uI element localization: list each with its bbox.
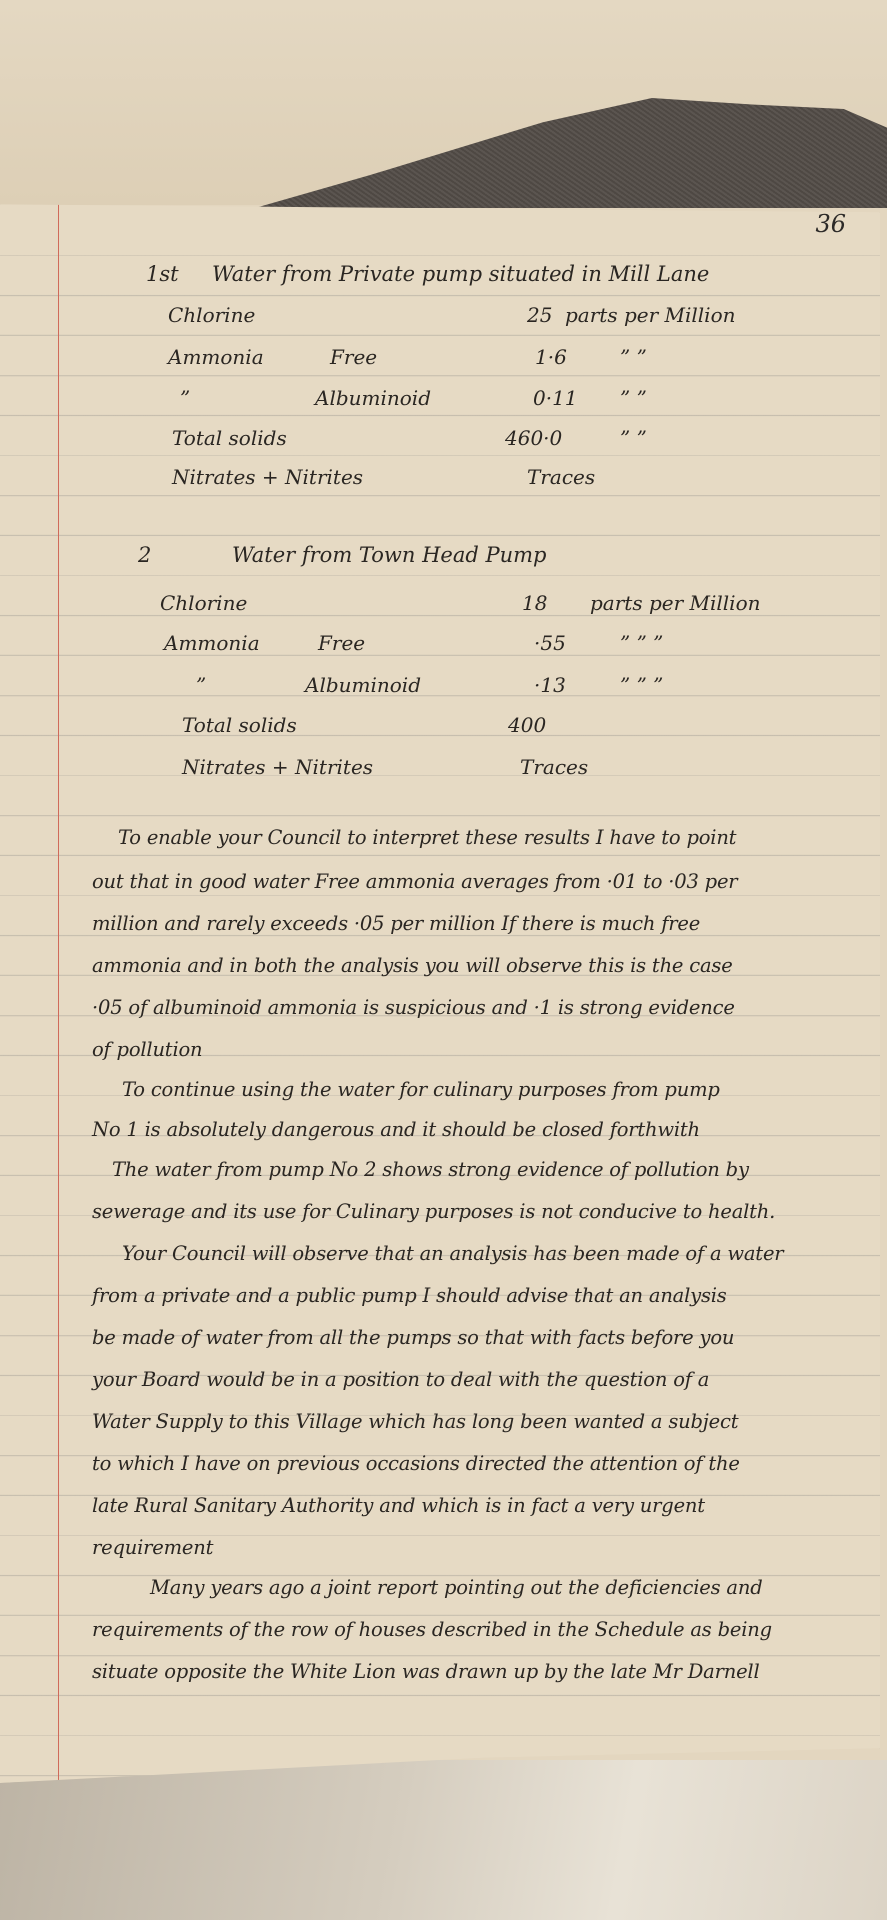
- a2-row-albuminoid-ditto: ”: [196, 673, 206, 697]
- body-line: from a private and a public pump I shoul…: [92, 1284, 727, 1307]
- a2-row-ammonia-sub: Free: [318, 631, 365, 655]
- body-line: The water from pump No 2 shows strong ev…: [112, 1158, 749, 1181]
- a2-row-ammonia-label: Ammonia: [164, 631, 260, 655]
- a2-row-chlorine-label: Chlorine: [160, 591, 247, 615]
- a1-row-ammonia-label: Ammonia: [168, 345, 264, 369]
- analysis-1-number: 1st: [146, 262, 179, 286]
- body-line: Your Council will observe that an analys…: [122, 1242, 783, 1265]
- body-line: ammonia and in both the analysis you wil…: [92, 954, 733, 977]
- a2-row-chlorine-unit: parts per Million: [590, 591, 761, 615]
- a1-row-nitrates-value: Traces: [527, 465, 595, 489]
- body-line: sewerage and its use for Culinary purpos…: [92, 1200, 775, 1223]
- body-line: To continue using the water for culinary…: [122, 1078, 720, 1101]
- a1-row-albuminoid-ditto: ”: [180, 386, 190, 410]
- a2-row-chlorine-value: 18: [522, 591, 547, 615]
- body-line: No 1 is absolutely dangerous and it shou…: [92, 1118, 700, 1141]
- a1-row-chlorine-label: Chlorine: [168, 303, 255, 327]
- body-line: million and rarely exceeds ·05 per milli…: [92, 912, 700, 935]
- a2-row-solids-label: Total solids: [182, 713, 297, 737]
- body-line: Many years ago a joint report pointing o…: [150, 1576, 763, 1599]
- a1-row-albuminoid-unit: ” ”: [620, 386, 647, 410]
- a2-row-ammonia-unit: ” ” ”: [620, 631, 663, 655]
- notebook-page: 36 1st Water from Private pump situated …: [0, 198, 880, 1783]
- a1-row-chlorine-unit: parts per Million: [565, 303, 736, 327]
- analysis-2-heading: Water from Town Head Pump: [232, 543, 547, 567]
- body-line: of pollution: [92, 1038, 202, 1061]
- body-line: out that in good water Free ammonia aver…: [92, 870, 737, 893]
- a2-row-ammonia-value: ·55: [534, 631, 566, 655]
- a2-row-albuminoid-value: ·13: [534, 673, 566, 697]
- a1-row-solids-label: Total solids: [172, 426, 287, 450]
- page-number: 36: [815, 210, 846, 238]
- analysis-1-heading: Water from Private pump situated in Mill…: [212, 262, 709, 286]
- a1-row-solids-value: 460·0: [505, 426, 562, 450]
- a1-row-albuminoid-value: 0·11: [533, 386, 578, 410]
- a1-row-ammonia-value: 1·6: [535, 345, 567, 369]
- a2-row-nitrates-value: Traces: [520, 755, 588, 779]
- body-line: To enable your Council to interpret thes…: [118, 826, 736, 849]
- red-margin-line: [58, 198, 59, 1783]
- a2-row-albuminoid-unit: ” ” ”: [620, 673, 663, 697]
- body-line: to which I have on previous occasions di…: [92, 1452, 740, 1475]
- body-line: be made of water from all the pumps so t…: [92, 1326, 734, 1349]
- background-paper-below: [0, 1760, 887, 1920]
- body-line: requirement: [92, 1536, 213, 1559]
- body-line: Water Supply to this Village which has l…: [92, 1410, 738, 1433]
- a1-row-solids-unit: ” ”: [620, 426, 647, 450]
- a1-row-chlorine-value: 25: [527, 303, 552, 327]
- a1-row-ammonia-unit: ” ”: [620, 345, 647, 369]
- body-line: your Board would be in a position to dea…: [92, 1368, 709, 1391]
- a2-row-albuminoid-sub: Albuminoid: [305, 673, 421, 697]
- a1-row-ammonia-sub: Free: [330, 345, 377, 369]
- body-line: ·05 of albuminoid ammonia is suspicious …: [92, 996, 735, 1019]
- body-line: requirements of the row of houses descri…: [92, 1618, 772, 1641]
- body-line: situate opposite the White Lion was draw…: [92, 1660, 759, 1683]
- analysis-2-number: 2: [138, 543, 151, 567]
- a1-row-nitrates-label: Nitrates + Nitrites: [172, 465, 363, 489]
- body-line: late Rural Sanitary Authority and which …: [92, 1494, 705, 1517]
- a2-row-solids-value: 400: [508, 713, 546, 737]
- a1-row-albuminoid-sub: Albuminoid: [315, 386, 431, 410]
- a2-row-nitrates-label: Nitrates + Nitrites: [182, 755, 373, 779]
